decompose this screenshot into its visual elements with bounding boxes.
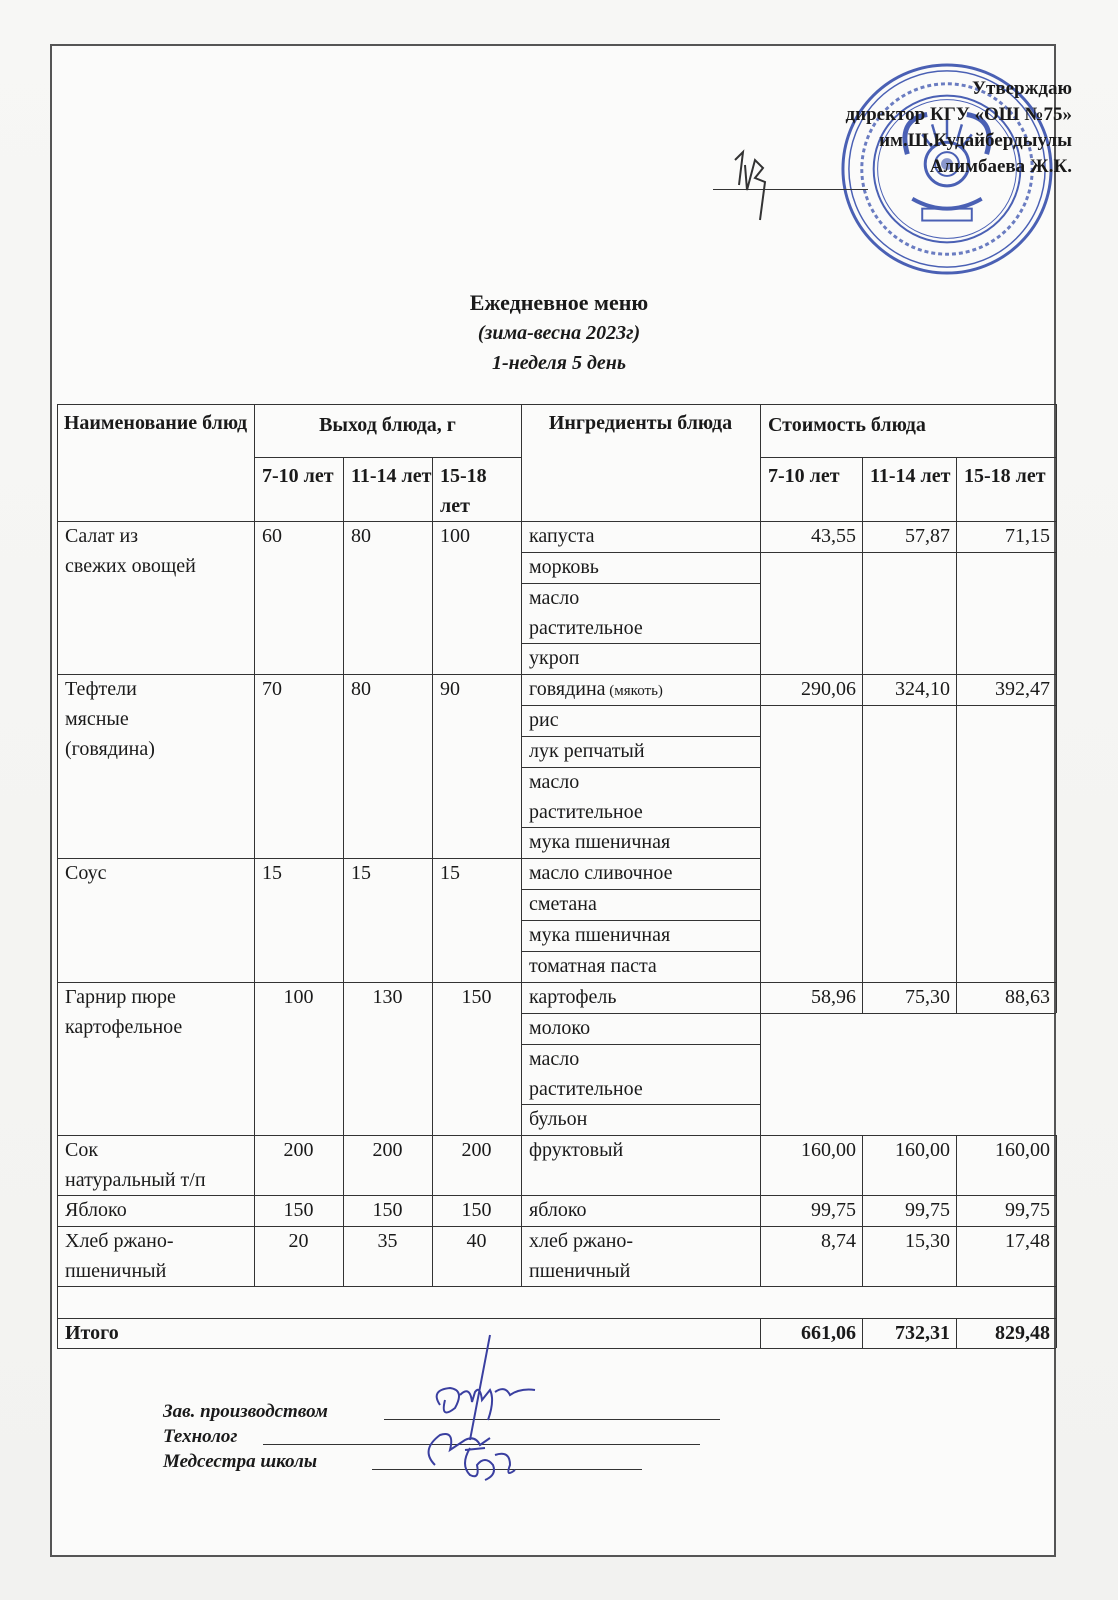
ingredient: фруктовый bbox=[521, 1135, 760, 1195]
table-rule bbox=[1056, 1286, 1057, 1348]
header-cost: Стоимость блюда bbox=[760, 410, 1056, 440]
dish-yield: 200 bbox=[343, 1135, 432, 1166]
ingredient: укроп bbox=[521, 643, 760, 674]
dish-cost: 99,75 bbox=[956, 1195, 1056, 1226]
signature-line bbox=[384, 1419, 720, 1420]
total-label: Итого bbox=[57, 1318, 760, 1348]
table-rule bbox=[57, 1286, 1056, 1287]
dish-cost: 160,00 bbox=[862, 1135, 956, 1166]
header-ingredients: Ингредиенты блюда bbox=[521, 410, 760, 470]
dish-yield: 20 bbox=[254, 1226, 343, 1257]
dish-cost: 290,06 bbox=[760, 674, 862, 705]
document-period: 1-неделя 5 день bbox=[0, 352, 1118, 375]
dish-name: Яблоко bbox=[57, 1195, 254, 1226]
approval-line: Алимбаева Ж.К. bbox=[846, 154, 1072, 180]
dish-name: Сокнатуральный т/п bbox=[57, 1135, 254, 1195]
table-rule bbox=[760, 1195, 1056, 1196]
dish-cost: 75,30 bbox=[862, 982, 956, 1013]
ingredient: маслорастительное bbox=[521, 583, 760, 643]
table-rule bbox=[57, 404, 58, 1286]
ingredient: мука пшеничная bbox=[521, 920, 760, 951]
table-rule bbox=[57, 858, 760, 859]
dish-yield: 100 bbox=[254, 982, 343, 1013]
dish-yield: 80 bbox=[343, 521, 432, 552]
dish-cost: 8,74 bbox=[760, 1226, 862, 1257]
ingredient: рис bbox=[521, 705, 760, 736]
table-rule bbox=[760, 457, 1056, 458]
table-rule bbox=[254, 404, 255, 1286]
dish-yield: 70 bbox=[254, 674, 343, 705]
director-signature-line bbox=[713, 189, 868, 190]
table-rule bbox=[956, 1318, 957, 1348]
dish-name: Гарнир пюрекартофельное bbox=[57, 982, 254, 1135]
ingredient: говядина (мякоть) bbox=[521, 674, 760, 705]
ingredient: бульон bbox=[521, 1104, 760, 1135]
dish-yield: 150 bbox=[432, 1195, 521, 1226]
approval-line: директор КГУ «ОШ №75» bbox=[846, 102, 1072, 128]
table-rule bbox=[1056, 1135, 1057, 1286]
dish-cost: 160,00 bbox=[760, 1135, 862, 1166]
ingredient-note: (мякоть) bbox=[606, 683, 663, 699]
table-rule bbox=[760, 705, 1056, 706]
dish-name: Салат изсвежих овощей bbox=[57, 521, 254, 674]
table-rule bbox=[1056, 404, 1057, 1013]
ingredient: хлеб ржано-пшеничный bbox=[521, 1226, 760, 1286]
table-rule bbox=[760, 1226, 1056, 1227]
table-rule bbox=[760, 552, 1056, 553]
dish-yield: 15 bbox=[343, 858, 432, 889]
dish-cost: 88,63 bbox=[956, 982, 1056, 1013]
signature-role-nurse: Медсестра школы bbox=[163, 1450, 317, 1474]
signature-line bbox=[372, 1469, 642, 1470]
table-rule bbox=[432, 457, 433, 1286]
table-rule bbox=[57, 982, 760, 983]
dish-cost: 17,48 bbox=[956, 1226, 1056, 1257]
dish-yield: 130 bbox=[343, 982, 432, 1013]
header-cost-age-2: 15-18 лет bbox=[956, 461, 1056, 521]
document-season: (зима-весна 2023г) bbox=[0, 322, 1118, 345]
table-rule bbox=[760, 1135, 1056, 1136]
table-rule bbox=[57, 404, 1056, 405]
dish-yield: 200 bbox=[432, 1135, 521, 1166]
table-rule bbox=[862, 457, 863, 1013]
dish-yield: 80 bbox=[343, 674, 432, 705]
table-rule bbox=[862, 1135, 863, 1286]
table-rule bbox=[57, 1226, 760, 1227]
ingredient: сметана bbox=[521, 889, 760, 920]
total-cost: 661,06 bbox=[760, 1318, 862, 1348]
approval-line: Утверждаю bbox=[846, 76, 1072, 102]
dish-cost: 57,87 bbox=[862, 521, 956, 552]
table-rule bbox=[956, 457, 957, 1013]
dish-cost: 160,00 bbox=[956, 1135, 1056, 1166]
dish-yield: 200 bbox=[254, 1135, 343, 1166]
dish-name: Соус bbox=[57, 858, 254, 982]
header-yield-age-1: 11-14 лет bbox=[343, 461, 432, 521]
table-rule bbox=[57, 674, 760, 675]
dish-yield: 15 bbox=[254, 858, 343, 889]
approval-line: им.Ш.Кудайбердыулы bbox=[846, 128, 1072, 154]
table-rule bbox=[57, 1348, 1056, 1349]
dish-cost: 99,75 bbox=[862, 1195, 956, 1226]
total-cost: 732,31 bbox=[862, 1318, 956, 1348]
header-cost-age-1: 11-14 лет bbox=[862, 461, 956, 521]
table-rule bbox=[57, 1195, 760, 1196]
dish-yield: 60 bbox=[254, 521, 343, 552]
header-dish-name: Наименование блюд bbox=[57, 410, 254, 470]
table-rule bbox=[862, 1318, 863, 1348]
ingredient: молоко bbox=[521, 1013, 760, 1044]
header-yield-age-0: 7-10 лет bbox=[254, 461, 343, 521]
dish-cost: 324,10 bbox=[862, 674, 956, 705]
dish-yield: 35 bbox=[343, 1226, 432, 1257]
ingredient: мука пшеничная bbox=[521, 827, 760, 858]
table-rule bbox=[760, 982, 1056, 983]
signature-role-technologist: Технолог bbox=[163, 1425, 237, 1449]
dish-cost: 392,47 bbox=[956, 674, 1056, 705]
header-cost-age-0: 7-10 лет bbox=[760, 461, 862, 521]
dish-cost: 99,75 bbox=[760, 1195, 862, 1226]
ingredient: лук репчатый bbox=[521, 736, 760, 767]
table-rule bbox=[521, 404, 522, 1286]
total-cost: 829,48 bbox=[956, 1318, 1056, 1348]
dish-yield: 150 bbox=[432, 982, 521, 1013]
dish-name: Хлеб ржано-пшеничный bbox=[57, 1226, 254, 1286]
ingredient: маслорастительное bbox=[521, 1044, 760, 1104]
signature-line bbox=[263, 1444, 700, 1445]
ingredient: маслорастительное bbox=[521, 767, 760, 827]
approval-block: Утверждаю директор КГУ «ОШ №75» им.Ш.Куд… bbox=[846, 76, 1072, 180]
ingredient: томатная паста bbox=[521, 951, 760, 982]
table-rule bbox=[760, 1318, 761, 1348]
table-rule bbox=[760, 1013, 1056, 1014]
dish-name: Тефтелимясные(говядина) bbox=[57, 674, 254, 858]
header-yield-age-2: 15-18 лет bbox=[432, 461, 521, 521]
dish-cost: 15,30 bbox=[862, 1226, 956, 1257]
dish-cost: 58,96 bbox=[760, 982, 862, 1013]
dish-cost: 71,15 bbox=[956, 521, 1056, 552]
header-yield: Выход блюда, г bbox=[254, 410, 521, 440]
ingredient: морковь bbox=[521, 552, 760, 583]
ingredient: яблоко bbox=[521, 1195, 760, 1226]
document-title: Ежедневное меню bbox=[0, 290, 1118, 316]
table-rule bbox=[57, 1135, 760, 1136]
signature-role-production: Зав. производством bbox=[163, 1400, 328, 1424]
table-rule bbox=[254, 457, 521, 458]
dish-yield: 15 bbox=[432, 858, 521, 889]
ingredient: картофель bbox=[521, 982, 760, 1013]
table-rule bbox=[760, 674, 1056, 675]
dish-yield: 100 bbox=[432, 521, 521, 552]
ingredient: капуста bbox=[521, 521, 760, 552]
dish-cost: 43,55 bbox=[760, 521, 862, 552]
dish-yield: 150 bbox=[343, 1195, 432, 1226]
table-rule bbox=[343, 457, 344, 1286]
dish-yield: 90 bbox=[432, 674, 521, 705]
ingredient: масло сливочное bbox=[521, 858, 760, 889]
table-rule bbox=[760, 404, 761, 1286]
dish-yield: 40 bbox=[432, 1226, 521, 1257]
dish-yield: 150 bbox=[254, 1195, 343, 1226]
table-rule bbox=[956, 1135, 957, 1286]
